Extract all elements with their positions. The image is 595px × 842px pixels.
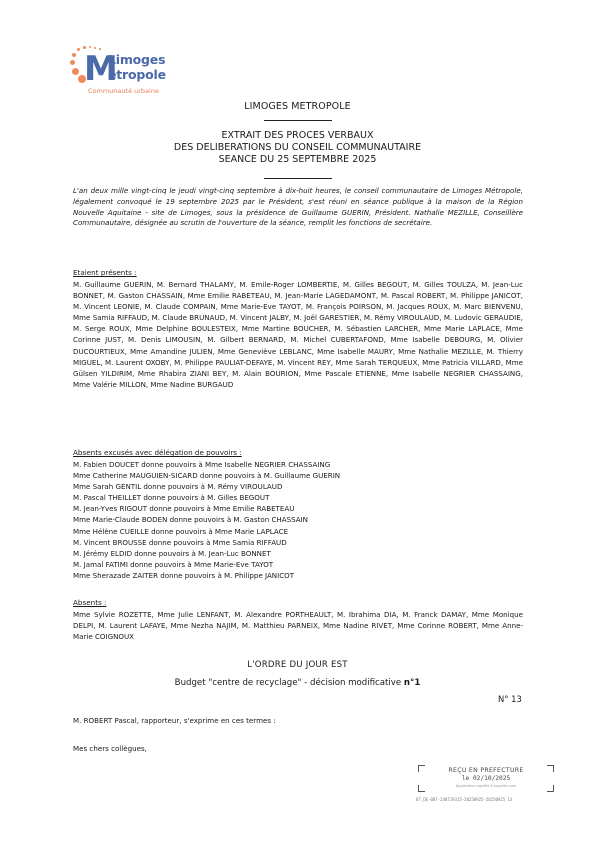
organization-title: LIMOGES METROPOLE <box>0 101 595 112</box>
title-line-1: EXTRAIT DES PROCES VERBAUX <box>0 130 595 142</box>
stamp-date: le 02/10/2025 <box>418 775 554 782</box>
stamp-application: Application agréée E-legalite.com <box>418 784 554 788</box>
deliberation-number: N° 13 <box>498 694 522 704</box>
delegations-heading: Absents excusés avec délégation de pouvo… <box>73 448 242 457</box>
delegation-item: Mme Sarah GENTIL donne pouvoirs à M. Rém… <box>73 481 523 492</box>
rapporteur-line: M. ROBERT Pascal, rapporteur, s'exprime … <box>73 716 276 725</box>
delegation-item: M. Jean-Yves RIGOUT donne pouvoirs à Mme… <box>73 503 523 514</box>
delegation-item: M. Pascal THEILLET donne pouvoirs à M. G… <box>73 492 523 503</box>
delegation-item: M. Vincent BROUSSE donne pouvoirs à Mme … <box>73 537 523 548</box>
delegation-item: M. Jamal FATIMI donne pouvoirs à Mme Mar… <box>73 559 523 570</box>
prefecture-stamp: REÇU EN PREFECTURE le 02/10/2025 Applica… <box>418 765 554 792</box>
title-line-2: DES DELIBERATIONS DU CONSEIL COMMUNAUTAI… <box>0 142 595 154</box>
divider-top <box>264 120 332 121</box>
delegation-item: M. Fabien DOUCET donne pouvoirs à Mme Is… <box>73 459 523 470</box>
presents-list: M. Guillaume GUERIN, M. Bernard THALAMY,… <box>73 279 523 390</box>
absents-list: Mme Sylvie ROZETTE, Mme Julie LENFANT, M… <box>73 609 523 642</box>
agenda-subject-number: n°1 <box>404 678 420 688</box>
stamp-received: REÇU EN PREFECTURE <box>418 767 554 774</box>
logo-line-2: étropole <box>108 67 166 82</box>
salutation: Mes chers collègues, <box>73 744 147 753</box>
logo-subtitle: Communauté urbaine <box>88 87 159 95</box>
document-title: EXTRAIT DES PROCES VERBAUX DES DELIBERAT… <box>0 130 595 166</box>
session-intro: L'an deux mille vingt-cinq le jeudi ving… <box>73 186 523 229</box>
delegations-list: M. Fabien DOUCET donne pouvoirs à Mme Is… <box>73 459 523 581</box>
absents-heading: Absents : <box>73 598 106 607</box>
delegation-item: Mme Catherine MAUGUIEN-SICARD donne pouv… <box>73 470 523 481</box>
delegation-item: Mme Sherazade ZAITER donne pouvoirs à M.… <box>73 570 523 581</box>
agenda-subject-text: Budget "centre de recyclage" - décision … <box>175 678 404 688</box>
stamp-id: 87_DE-087-248719315-20250925-20250925_13 <box>416 797 561 802</box>
divider-bottom <box>264 178 332 179</box>
limoges-metropole-logo: M Limoges étropole Communauté urbaine <box>68 46 188 102</box>
delegation-item: M. Jérémy ELDID donne pouvoirs à M. Jean… <box>73 548 523 559</box>
delegation-item: Mme Hélène CUEILLE donne pouvoirs à Mme … <box>73 526 523 537</box>
delegation-item: Mme Marie-Claude BODEN donne pouvoirs à … <box>73 514 523 525</box>
logo-line-1: Limoges <box>108 52 165 67</box>
title-line-3: SEANCE DU 25 SEPTEMBRE 2025 <box>0 154 595 166</box>
agenda-subject: Budget "centre de recyclage" - décision … <box>0 678 595 688</box>
agenda-heading: L'ORDRE DU JOUR EST <box>0 660 595 670</box>
presents-heading: Etaient présents : <box>73 268 137 277</box>
